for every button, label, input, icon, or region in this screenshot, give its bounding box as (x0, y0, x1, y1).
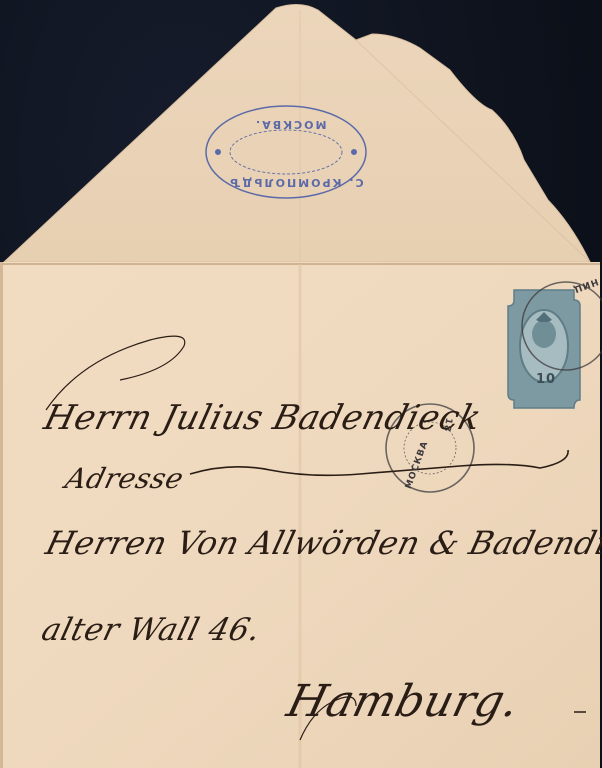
envelope-photo: МОСКВА. С. КРОМПОЛЬДЪ МОСКВА 18 НИЦ 10 H… (0, 0, 602, 768)
envelope-flap (4, 4, 590, 262)
address-line-5: Hamburg. (282, 676, 525, 727)
indicium-denomination: 10 (536, 372, 556, 387)
address-line-4: alter Wall 46. (38, 612, 264, 648)
address-line-1: Herrn Julius Badendieck (40, 398, 485, 438)
envelope-drawing (0, 0, 602, 768)
indicium-stamp (508, 290, 580, 408)
address-line-2: Adresse (62, 462, 187, 495)
backstamp-top-text: МОСКВА. (254, 118, 326, 131)
address-line-3: Herren Von Allwörden & Badendieck (42, 524, 602, 562)
backstamp-bottom-text: С. КРОМПОЛЬДЪ (228, 176, 364, 189)
